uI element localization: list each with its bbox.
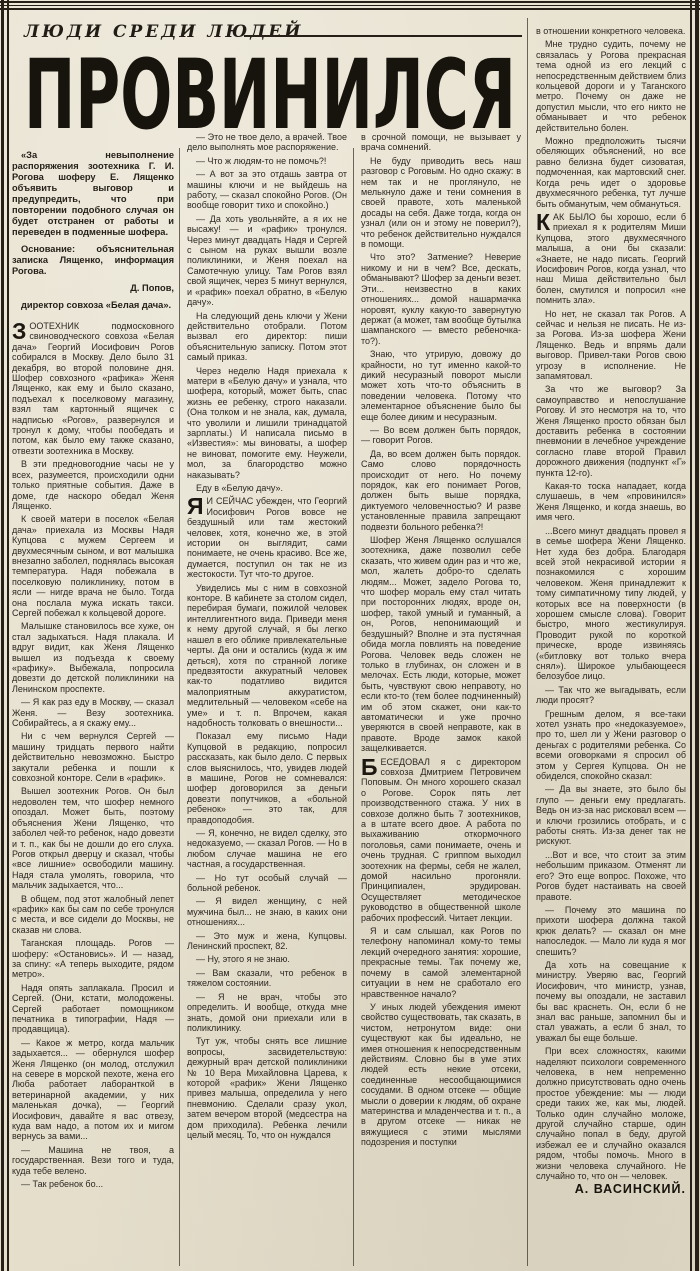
paragraph: На следующий день ключи у Жени действите… (187, 311, 347, 363)
rubric-rule (244, 35, 522, 37)
lead-signer-name: Д. Попов, (12, 283, 174, 294)
left-rule-outer (1, 0, 4, 1271)
paragraph: Да хоть на совещание к министру. Уверяю … (536, 960, 686, 1043)
column-2-text: — Это не твое дело, а врачей. Твое дело … (187, 132, 347, 1140)
top-rule-outer (0, 1, 700, 3)
paragraph: — Это не твое дело, а врачей. Твое дело … (187, 132, 347, 153)
drop-cap: К (536, 212, 553, 232)
paragraph: Ни с чем вернулся Сергей — машину тридца… (12, 731, 174, 783)
paragraph: Надя опять заплакала. Просил и Сергей. (… (12, 983, 174, 1035)
paragraph: Показал ему письмо Нади Купцовой в редак… (187, 731, 347, 825)
paragraph: Не буду приводить весь наш разговор с Ро… (361, 156, 521, 250)
paragraph: ЯИ СЕЙЧАС убежден, что Георгий Иосифович… (187, 496, 347, 579)
paragraph: К своей матери в поселок «Белая дача» пр… (12, 514, 174, 618)
top-rule-mid (0, 5, 700, 6)
paragraph: — Так ребенок бо... (12, 1179, 174, 1189)
left-rule-inner (7, 0, 9, 1271)
paragraph: — Это муж и жена, Купцовы. Ленинский про… (187, 931, 347, 952)
paragraph: У иных людей убеждения имеют свойство су… (361, 1002, 521, 1148)
paragraph: Что это? Затмение? Неверие никому и ни в… (361, 252, 521, 346)
paragraph: — Во всем должен быть порядок, — говорит… (361, 425, 521, 446)
paragraph: — Да вы знаете, это было бы глупо — день… (536, 784, 686, 846)
lead-order-block: «За невыполнение распоряжения зоотехника… (12, 150, 174, 311)
paragraph: — Какое ж метро, когда мальчик задыхаетс… (12, 1038, 174, 1142)
paragraph: — Почему это машина по прихоти шофера до… (536, 905, 686, 957)
top-rule-inner (0, 8, 700, 10)
paragraph: Увиделись мы с ним в совхозной конторе. … (187, 583, 347, 729)
paragraph: Тут уж, чтобы снять все лишние вопросы, … (187, 1036, 347, 1140)
paragraph: — Что ж людям-то не помочь?! (187, 156, 347, 166)
right-rule-outer (695, 0, 699, 1271)
paragraph: — Я как раз еду в Москву, — сказал Женя.… (12, 697, 174, 728)
paragraph: Мне трудно судить, почему не связалась у… (536, 39, 686, 133)
paragraph: — Но тут особый случай — больной ребенок… (187, 873, 347, 894)
section-rubric: ЛЮДИ СРЕДИ ЛЮДЕЙ (24, 22, 303, 42)
paragraph: Да, во всем должен быть порядок. Само сл… (361, 449, 521, 532)
paragraph: Можно предположить тысячи обеляющих объя… (536, 136, 686, 209)
paragraph: — А вот за это отдашь завтра от машины к… (187, 169, 347, 211)
paragraph: — Так что же выгадывать, если люди прося… (536, 685, 686, 706)
paragraph: — Ну, этого я не знаю. (187, 954, 347, 964)
paragraph: Шофер Женя Лященко ослушался зоотехника,… (361, 535, 521, 754)
paragraph: — Машина не твоя, а государственная. Вез… (12, 1145, 174, 1176)
paragraph: КАК БЫЛО бы хорошо, если б приехал я к р… (536, 212, 686, 306)
column-separator-1-2 (179, 148, 180, 1266)
drop-cap: Я (187, 496, 207, 516)
article-column-2: — Это не твое дело, а врачей. Твое дело … (187, 132, 347, 1264)
paragraph: Основание: объяснительная записка Лященк… (12, 244, 174, 277)
right-rule-inner (690, 0, 692, 1271)
paragraph: — Вам сказали, что ребенок в тяжелом сос… (187, 968, 347, 989)
author-byline: А. ВАСИНСКИЙ. (536, 1184, 686, 1194)
drop-cap: З (12, 321, 29, 341)
paragraph: — Я видел женщину, с ней мужчина был... … (187, 896, 347, 927)
paragraph: Вышел зоотехник Рогов. Он был недоволен … (12, 786, 174, 890)
newspaper-page: ЛЮДИ СРЕДИ ЛЮДЕЙ ПРОВИНИЛСЯ «За невыполн… (0, 0, 700, 1271)
paragraph: Какая-то тоска нападает, когда слушаешь,… (536, 481, 686, 523)
paragraph: Через неделю Надя приехала к матери в «Б… (187, 366, 347, 480)
paragraph: ...Всего минут двадцать провел я в семье… (536, 526, 686, 682)
article-column-3: в срочной помощи, не вызывает у врача со… (361, 132, 521, 1264)
column-1-text: ЗООТЕХНИК подмосковного свиноводческого … (12, 321, 174, 1190)
paragraph: Я и сам слышал, как Рогов по телефону на… (361, 926, 521, 999)
paragraph: Знаю, что утрирую, довожу до крайности, … (361, 349, 521, 422)
paragraph: ЗООТЕХНИК подмосковного свиноводческого … (12, 321, 174, 456)
paragraph: в срочной помощи, не вызывает у врача со… (361, 132, 521, 153)
paragraph: в отношении конкретного человека. (536, 26, 686, 36)
drop-cap: Б (361, 757, 381, 777)
paragraph: БЕСЕДОВАЛ я с директором совхоза Дмитрие… (361, 757, 521, 924)
paragraph: Малышке становилось все хуже, он стал за… (12, 621, 174, 694)
headline-title: ПРОВИНИЛСЯ (24, 44, 516, 144)
paragraph: — Я не врач, чтобы это определить. И воо… (187, 992, 347, 1034)
article-column-4: в отношении конкретного человека.Мне тру… (536, 26, 686, 1264)
paragraph: ...Вот и все, что стоит за этим небольши… (536, 850, 686, 902)
paragraph: Таганская площадь. Рогов — шоферу: «Оста… (12, 938, 174, 980)
column-3-text: в срочной помощи, не вызывает у врача со… (361, 132, 521, 1148)
column-separator-2-3 (353, 148, 354, 1266)
paragraph: Грешным делом, я все-таки хотел узнать п… (536, 709, 686, 782)
lead-paragraphs: «За невыполнение распоряжения зоотехника… (12, 150, 174, 277)
paragraph: Еду в «Белую дачу». (187, 483, 347, 493)
paragraph: — Да хоть увольняйте, а я их не высажу! … (187, 214, 347, 308)
paragraph: В общем, под этот жалобный лепет «рафик»… (12, 894, 174, 936)
paragraph: При всех сложностях, какими наделяют пси… (536, 1046, 686, 1181)
lead-signer-role: директор совхоза «Белая дача». (12, 300, 174, 311)
article-column-1: «За невыполнение распоряжения зоотехника… (12, 150, 174, 1264)
paragraph: В эти предновогодние часы не у всех, раз… (12, 459, 174, 511)
headline-title-block: ПРОВИНИЛСЯ (22, 44, 522, 144)
paragraph: — Я, конечно, не видел сделку, это недок… (187, 828, 347, 870)
column-separator-3-4 (527, 18, 528, 1266)
column-4-text: в отношении конкретного человека.Мне тру… (536, 26, 686, 1181)
paragraph: «За невыполнение распоряжения зоотехника… (12, 150, 174, 238)
paragraph: Но нет, не сказал так Рогов. А сейчас и … (536, 309, 686, 382)
paragraph: За что же выговор? За самоуправство и не… (536, 384, 686, 478)
